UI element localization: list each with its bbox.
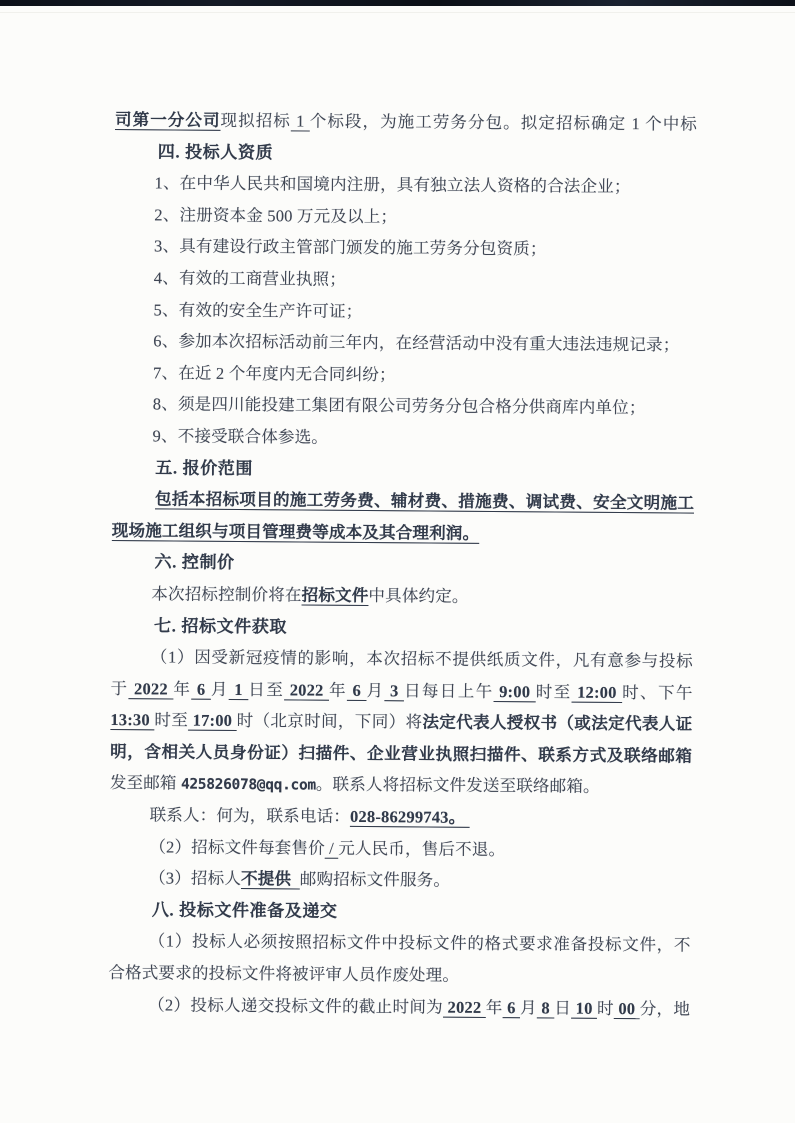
time-value: 9:00 [494,682,536,701]
text-segment: 日 [554,998,571,1017]
date-day: 3 [384,681,404,700]
text-segment: 发至邮箱 [110,773,181,793]
scanner-edge-artifact [0,0,795,6]
text-segment: 中具体约定。 [368,586,468,606]
mail-order-line: （3）招标人不提供 邮购招标文件服务。 [109,862,691,898]
control-price-line: 本次招标控制价将在招标文件中具体约定。 [111,578,693,614]
document-body: 司第一分公司现拟招标 1 个标段，为施工劳务分包。拟定招标确定 1 个中标人。 … [108,104,697,1025]
price-scope-line-2: 现场施工组织与项目管理费等成本及其合理利润。 [112,515,694,551]
text-segment: 日至 [248,680,284,699]
text-segment: 月 [211,679,229,698]
text-segment: 元人民币，售后不退。 [338,838,505,858]
date-month: 6 [191,679,211,698]
qualification-item-2: 2、注册资本金 500 万元及以上； [114,199,696,235]
text-segment: 年 [329,680,347,699]
contact-line: 联系人：何为，联系电话：028-86299743。 [109,799,691,835]
contact-label: 联系人：何为，联系电话： [150,805,351,826]
obtain-docs-paragraph-line-2: 于 2022 年 6 月 1 日至 2022 年 6 月 3 日每日上午 9:0… [110,673,692,709]
text-segment: （2）招标文件每套售价 [149,837,325,857]
bid-section-count-blank: 1 [291,111,310,130]
obtain-docs-paragraph-line-4: 明，含相关人员身份证）扫描件、企业营业执照扫描件、联系方式及联络邮箱 [110,736,692,772]
required-documents-emphasis: 明，含相关人员身份证）扫描件、企业营业执照扫描件、联系方式及联络邮箱 [110,742,692,766]
section-7-heading: 七. 招标文件获取 [111,610,693,646]
email-address: 425826078@qq.com [181,777,316,794]
section-5-heading: 五. 报价范围 [112,452,694,488]
emphasized-term: 招标文件 [302,585,369,605]
submission-paragraph-line-1: （1）投标人必须按照招标文件中投标文件的格式要求准备投标文件，不符 [108,925,690,961]
contact-phone-number: 028-86299743。 [350,807,470,827]
text-segment: 。联系人将招标文件发送至联络邮箱。 [316,775,600,796]
text-segment: 现拟招标 [221,111,291,131]
text-segment: 月 [520,998,537,1017]
price-blank-slash: / [325,838,339,857]
date-year: 2022 [128,679,173,698]
text-segment: 邮购招标文件服务。 [300,870,450,890]
text-segment: 于 [111,679,129,698]
deadline-minute: 00 [614,999,640,1018]
text-segment: 时、下午 [622,683,693,703]
qualification-item-9: 9、不接受联合体参选。 [112,420,694,456]
text-segment: （3）招标人 [149,869,241,889]
text-segment: 时至 [154,711,188,730]
text-segment: 日每日上午 [404,681,494,701]
qualification-item-5: 5、有效的安全生产许可证； [113,294,695,330]
section-6-heading: 六. 控制价 [111,546,693,582]
qualification-item-4: 4、有效的工商营业执照； [114,262,696,298]
qualification-item-7: 7、在近 2 个年度内无合同纠纷； [113,357,695,393]
date-month: 6 [347,681,367,700]
date-year: 2022 [284,680,329,699]
price-scope-text: 包括本招标项目的施工劳务费、辅材费、措施费、调试费、安全文明施工费、 [155,489,694,519]
time-value: 17:00 [188,711,237,730]
qualification-item-8: 8、须是四川能投建工集团有限公司劳务分包合格分供商库内单位； [113,388,695,424]
qualification-item-1: 1、在中华人民共和国境内注册，具有独立法人资格的合法企业； [114,167,696,203]
deadline-day: 8 [537,998,555,1017]
text-segment: 本次招标控制价将在 [151,584,301,604]
qualification-item-6: 6、参加本次招标活动前三年内，在经营活动中没有重大违法违规记录； [113,325,695,361]
submission-deadline-line: （2）投标人递交投标文件的截止时间为 2022 年 6 月 8 日 10 时 0… [108,989,690,1025]
deadline-hour: 10 [571,998,597,1017]
text-segment: 时至 [536,682,572,701]
text-segment: 月 [366,681,384,700]
scanned-document-page: 司第一分公司现拟招标 1 个标段，为施工劳务分包。拟定招标确定 1 个中标人。 … [0,0,795,1123]
continuation-line: 司第一分公司现拟招标 1 个标段，为施工劳务分包。拟定招标确定 1 个中标人。 [115,104,697,140]
text-segment: 时（北京时间，下同）将 [237,711,423,731]
qualification-item-3: 3、具有建设行政主管部门颁发的施工劳务分包资质； [114,230,696,266]
deadline-month: 6 [503,998,521,1017]
scan-hairline-artifact [0,12,795,13]
obtain-docs-paragraph-line-1: （1）因受新冠疫情的影响，本次招标不提供纸质文件，凡有意参与投标者 [111,641,693,677]
date-day: 1 [229,680,249,699]
price-scope-line-1: 包括本招标项目的施工劳务费、辅材费、措施费、调试费、安全文明施工费、 [112,483,694,519]
section-8-heading: 八. 投标文件准备及递交 [109,894,691,930]
section-4-heading: 四. 投标人资质 [115,136,697,172]
text-segment: 年 [486,998,503,1017]
company-branch-name: 司第一分公司 [115,110,221,130]
required-documents-emphasis: 法定代表人授权书（或法定代表人证 [422,713,692,734]
time-value: 12:00 [572,682,623,701]
submission-paragraph-line-2: 合格式要求的投标文件将被评审人员作废处理。 [108,957,690,993]
obtain-docs-paragraph-line-5: 发至邮箱 425826078@qq.com。联系人将招标文件发送至联络邮箱。 [110,767,692,803]
text-segment: 年 [173,679,191,698]
not-provided-emphasis: 不提供 [241,869,300,888]
document-price-line: （2）招标文件每套售价 / 元人民币，售后不退。 [109,831,691,867]
text-segment: 时 [597,998,614,1017]
obtain-docs-paragraph-line-3: 13:30 时至 17:00 时（北京时间，下同）将法定代表人授权书（或法定代表… [110,704,692,740]
time-value: 13:30 [110,710,154,729]
text-segment: （2）投标人递交投标文件的截止时间为 [148,995,443,1016]
price-scope-text: 现场施工组织与项目管理费等成本及其合理利润。 [112,521,480,543]
text-segment: 分，地 [640,999,691,1018]
deadline-year: 2022 [443,997,486,1016]
